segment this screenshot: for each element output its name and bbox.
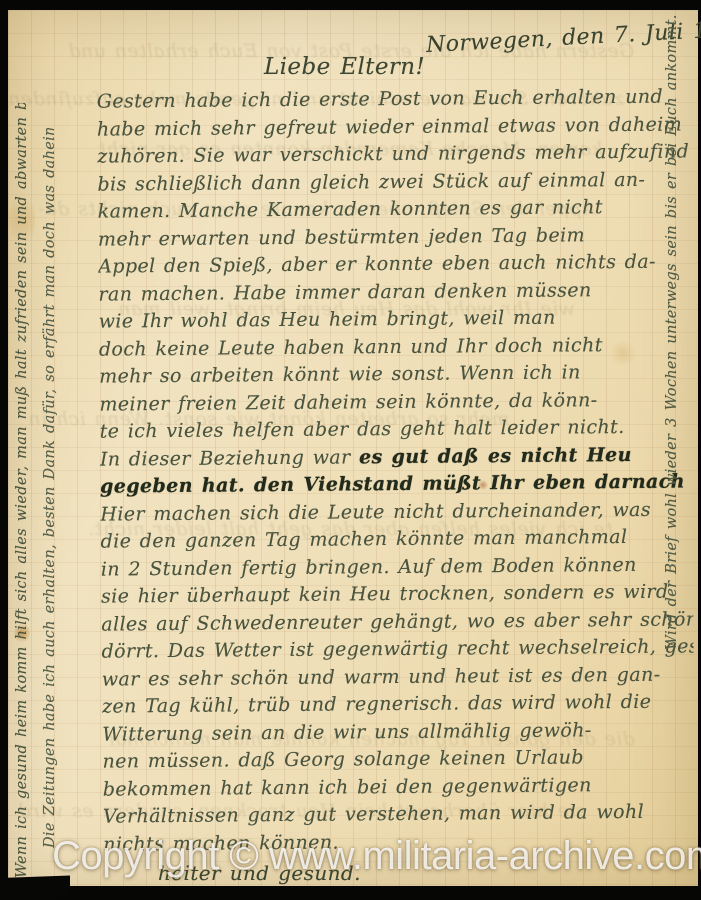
margin-note-left-outer: Wenn ich gesund heim komm hilft sich all… (14, 103, 34, 878)
margin-note-left-inner: Die Zeitungen habe ich auch erhalten, be… (42, 128, 62, 848)
letter-paper: Gestern habe ich die erste Post von Euch… (8, 10, 698, 886)
letter-line: Appel den Spieß, aber er konnte eben auc… (98, 248, 690, 281)
letter-line: zen Tag kühl, trüb und regnerisch. das w… (102, 688, 694, 721)
letter-line: doch keine Leute haben kann und Ihr doch… (99, 331, 691, 364)
letter-body: Gestern habe ich die erste Post von Euch… (97, 83, 696, 858)
letter-salutation: Liebe Eltern! (264, 54, 425, 80)
scanned-letter-page: Gestern habe ich die erste Post von Euch… (0, 0, 701, 900)
letter-line: Verhältnissen ganz gut verstehen, man wi… (103, 798, 695, 831)
letter-line: kamen. Manche Kameraden konnten es gar n… (98, 193, 690, 226)
scan-edge-shadow (0, 876, 70, 900)
copyright-watermark: Copyright © www.militaria-archive.com (52, 834, 701, 879)
margin-note-right: Wird der Brief wohl wieder 3 Wochen unte… (664, 15, 684, 650)
letter-date-line: Norwegen, den 7. Juli 1940. (426, 19, 697, 58)
